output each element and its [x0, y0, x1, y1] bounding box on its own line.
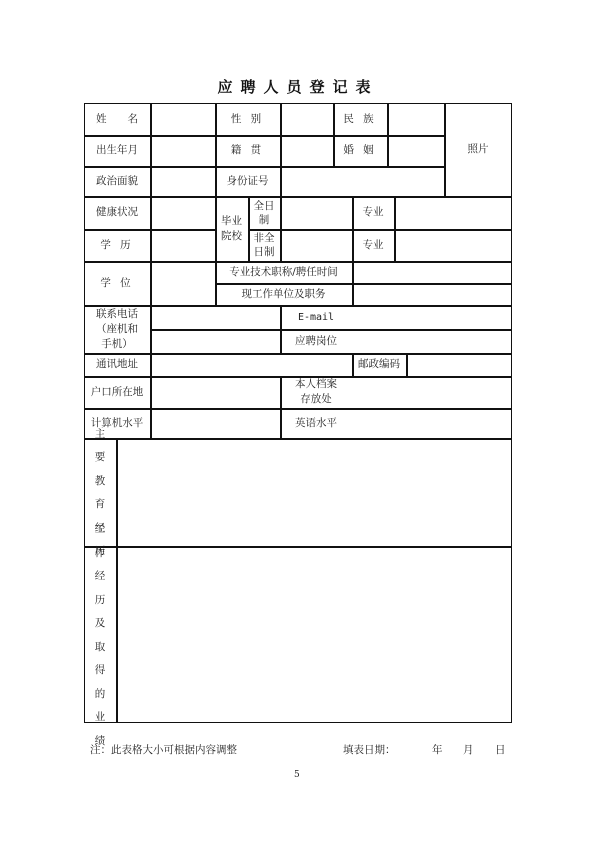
english-label: 英语水平: [280, 408, 352, 438]
gender-label: 性 别: [215, 103, 280, 135]
footer-note: 注：此表格大小可根据内容调整: [90, 742, 237, 757]
political-field[interactable]: [151, 167, 215, 196]
label-char: 历: [95, 589, 106, 613]
degree-field[interactable]: [151, 262, 215, 305]
label-char: 业: [95, 706, 106, 730]
marital-field[interactable]: [388, 136, 444, 166]
birth-field[interactable]: [151, 136, 215, 166]
work-history-label: 工 作 经 历 及 取 得 的 业 绩: [84, 548, 116, 723]
address-label: 通讯地址: [84, 353, 150, 376]
education-field[interactable]: [151, 230, 215, 261]
ethnicity-field[interactable]: [388, 104, 444, 135]
label-char: 经: [95, 565, 106, 589]
work-history-field[interactable]: [117, 547, 512, 723]
name-label: 姓 名: [84, 103, 150, 135]
parttime-major-label: 专业: [352, 229, 394, 261]
label-char: 的: [95, 683, 106, 707]
ethnicity-label: 民 族: [333, 103, 387, 135]
fulltime-label-line2: 制: [259, 213, 270, 227]
parttime-label-line2: 日制: [254, 245, 275, 259]
fill-date-label: 填表日期：: [343, 742, 396, 757]
label-char: 教: [95, 470, 106, 494]
date-day-label: 日: [495, 742, 506, 757]
hukou-field[interactable]: [151, 377, 280, 408]
degree-label: 学 位: [84, 261, 150, 305]
health-label: 健康状况: [84, 196, 150, 229]
education-label: 学 历: [84, 229, 150, 261]
graduated-school-label-line2: 院校: [221, 229, 242, 244]
parttime-major-field[interactable]: [395, 230, 512, 261]
email-field[interactable]: [353, 306, 512, 329]
label-char: 工: [95, 518, 106, 542]
address-field[interactable]: [151, 354, 352, 376]
archive-field[interactable]: [353, 377, 512, 408]
photo-area[interactable]: 照片: [444, 103, 512, 196]
page-number: 5: [294, 770, 300, 780]
postcode-field[interactable]: [407, 354, 512, 376]
fulltime-label: 全日 制: [248, 196, 280, 229]
health-field[interactable]: [151, 197, 215, 229]
position-field[interactable]: [353, 330, 512, 353]
tech-title-field[interactable]: [353, 262, 512, 283]
name-field[interactable]: [151, 104, 215, 135]
fulltime-school-field[interactable]: [281, 197, 352, 229]
form-title: 应聘人员登记表: [0, 76, 596, 97]
phone-field-mobile[interactable]: [151, 330, 280, 353]
label-char: 作: [95, 542, 106, 566]
parttime-school-field[interactable]: [281, 230, 352, 261]
label-char: 得: [95, 659, 106, 683]
phone-label-line3: 手机）: [101, 337, 133, 352]
marital-label: 婚 姻: [333, 135, 387, 166]
id-number-label: 身份证号: [215, 166, 280, 196]
tech-title-label: 专业技术职称/聘任时间: [215, 261, 352, 283]
archive-label-line1: 本人档案: [295, 377, 337, 392]
date-year-label: 年: [432, 742, 443, 757]
parttime-label-line1: 非全: [254, 231, 275, 245]
position-label: 应聘岗位: [280, 329, 352, 353]
graduated-school-label: 毕业 院校: [215, 200, 248, 258]
date-month-label: 月: [463, 742, 474, 757]
fulltime-label-line1: 全日: [254, 199, 275, 213]
phone-label: 联系电话 （座机和 手机）: [84, 305, 150, 353]
birth-label: 出生年月: [84, 135, 150, 166]
label-char: 及: [95, 612, 106, 636]
postcode-label: 邮政编码: [352, 353, 406, 376]
current-job-field[interactable]: [353, 284, 512, 305]
current-job-label: 现工作单位及职务: [215, 283, 352, 305]
native-place-field[interactable]: [281, 136, 333, 166]
hukou-label: 户口所在地: [84, 376, 150, 408]
label-char: 主: [95, 423, 106, 447]
phone-label-line2: （座机和: [96, 322, 138, 337]
archive-label-line2: 存放处: [300, 392, 332, 407]
parttime-label: 非全 日制: [248, 229, 280, 261]
english-field[interactable]: [353, 409, 512, 438]
phone-field-landline[interactable]: [151, 306, 280, 329]
gender-field[interactable]: [281, 104, 333, 135]
fulltime-major-field[interactable]: [395, 197, 512, 229]
graduated-school-label-line1: 毕业: [221, 214, 242, 229]
political-label: 政治面貌: [84, 166, 150, 196]
archive-label: 本人档案 存放处: [280, 376, 352, 408]
id-number-field[interactable]: [281, 167, 444, 196]
label-char: 要: [95, 446, 106, 470]
phone-label-line1: 联系电话: [96, 307, 138, 322]
computer-field[interactable]: [151, 409, 280, 438]
fulltime-major-label: 专业: [352, 196, 394, 229]
native-place-label: 籍 贯: [215, 135, 280, 166]
label-char: 取: [95, 636, 106, 660]
email-label: E-mail: [280, 305, 352, 329]
education-history-field[interactable]: [117, 439, 512, 546]
label-char: 育: [95, 493, 106, 517]
